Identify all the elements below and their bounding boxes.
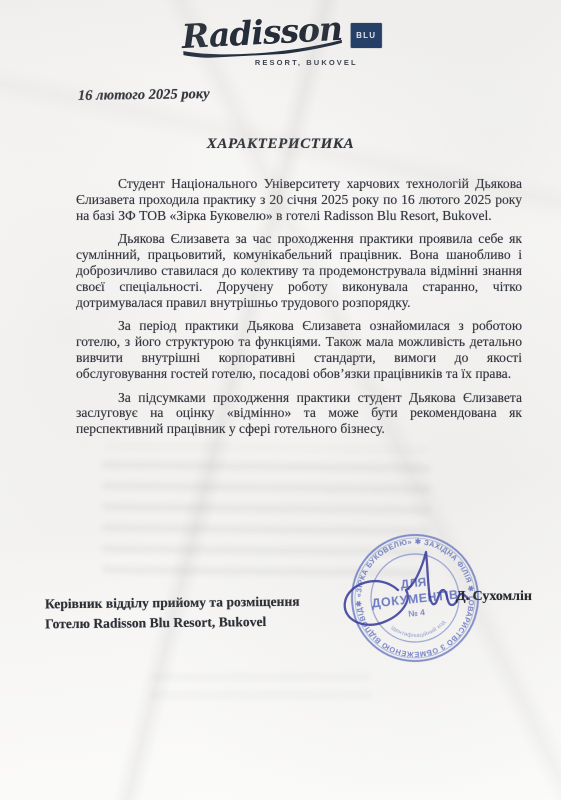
bleedthrough-texture-small xyxy=(150,668,370,698)
paragraph-experience: За період практики Дьякова Єлизавета озн… xyxy=(76,318,522,381)
scanned-document-page: Radisson BLU RESORT, BUKOVEL 16 лютого 2… xyxy=(0,0,561,800)
radisson-wordmark: Radisson xyxy=(178,10,344,62)
signatory-role-line1: Керівник відділу прийому та розміщення xyxy=(45,592,300,614)
signatory-role: Керівник відділу прийому та розміщення Г… xyxy=(45,592,300,634)
signatory-role-line2: Готелю Radisson Blu Resort, Bukovel xyxy=(45,611,300,633)
blu-badge: BLU xyxy=(351,23,382,48)
signatory-name: Д. Сухомлін xyxy=(456,589,532,605)
paragraph-conclusion: За підсумками проходження практики студе… xyxy=(76,390,522,437)
paragraph-qualities: Дьякова Єлизавета за час проходження пра… xyxy=(76,231,522,310)
document-body: Студент Національного Університету харчо… xyxy=(76,176,522,445)
document-date: 16 лютого 2025 року xyxy=(78,86,210,105)
logo-subtitle: RESORT, BUKOVEL xyxy=(255,58,358,67)
radisson-blu-logo: Radisson BLU RESORT, BUKOVEL xyxy=(179,14,381,67)
blu-badge-label: BLU xyxy=(356,31,376,40)
document-title: ХАРАКТЕРИСТИКА xyxy=(60,136,501,153)
paragraph-intro: Студент Національного Університету харчо… xyxy=(76,176,522,223)
